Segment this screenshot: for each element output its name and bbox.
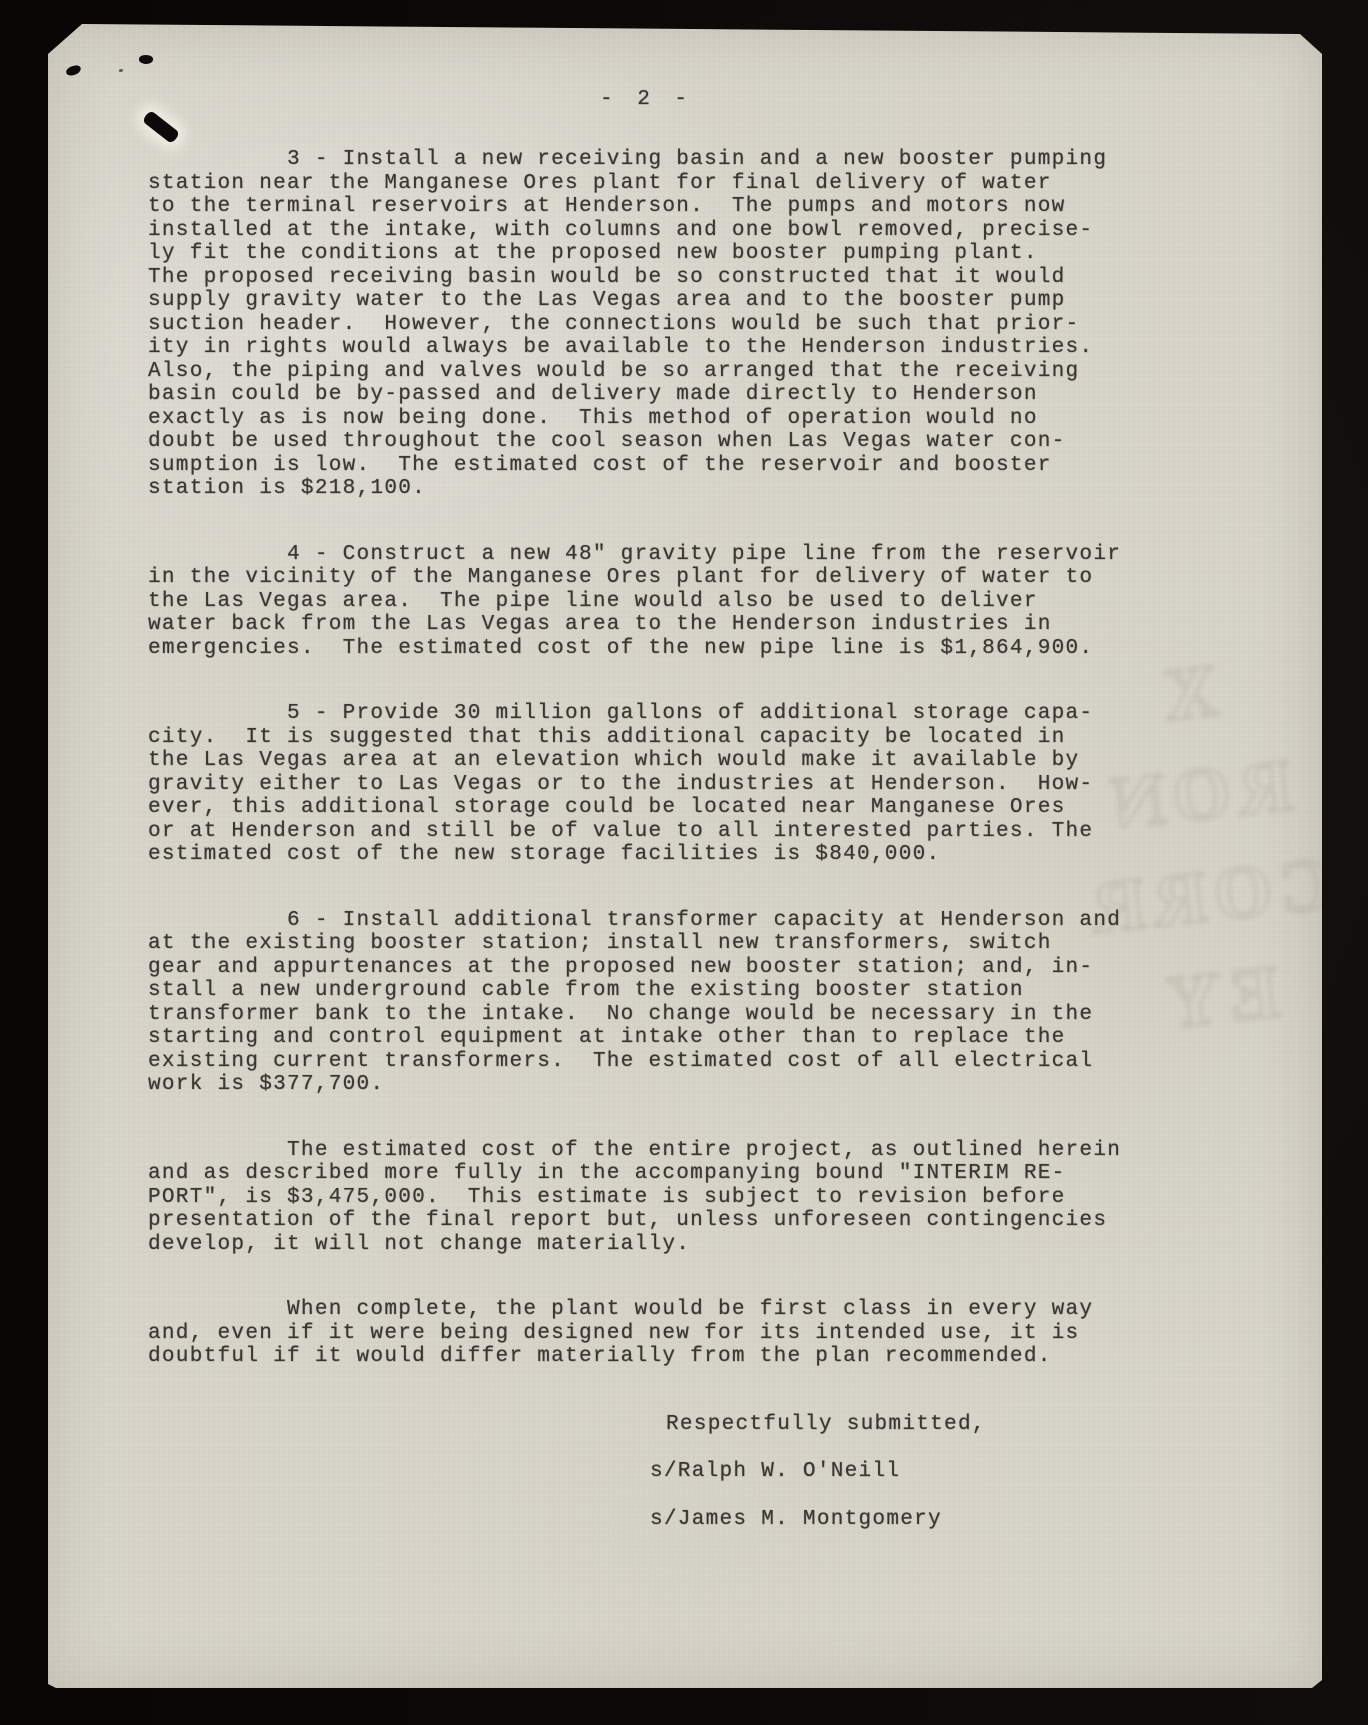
punch-hole-icon (138, 54, 153, 65)
punch-hole-icon (65, 64, 82, 76)
paragraph-cost-summary: The estimated cost of the entire project… (148, 1139, 1158, 1257)
document-page: X RON CORR EY - 2 - 3 - Install a new re… (48, 22, 1322, 1688)
paragraph-item-3: 3 - Install a new receiving basin and a … (148, 148, 1158, 501)
closing-salutation: Respectfully submitted, (666, 1413, 1158, 1437)
staple-mark-icon (142, 110, 181, 144)
paper-speck-icon (119, 69, 123, 72)
scan-background: { "page": { "page_number": "- 2 -" }, "b… (0, 0, 1368, 1725)
document-body: 3 - Install a new receiving basin and a … (148, 148, 1158, 1531)
page-number: - 2 - (600, 88, 693, 111)
paragraph-item-6: 6 - Install additional transformer capac… (148, 909, 1158, 1097)
signature-line: s/James M. Montgomery (650, 1508, 1158, 1532)
signature-line: s/Ralph W. O'Neill (650, 1460, 1158, 1484)
paragraph-conclusion: When complete, the plant would be first … (148, 1298, 1158, 1369)
paragraph-item-5: 5 - Provide 30 million gallons of additi… (148, 702, 1158, 867)
paragraph-item-4: 4 - Construct a new 48" gravity pipe lin… (148, 543, 1158, 661)
